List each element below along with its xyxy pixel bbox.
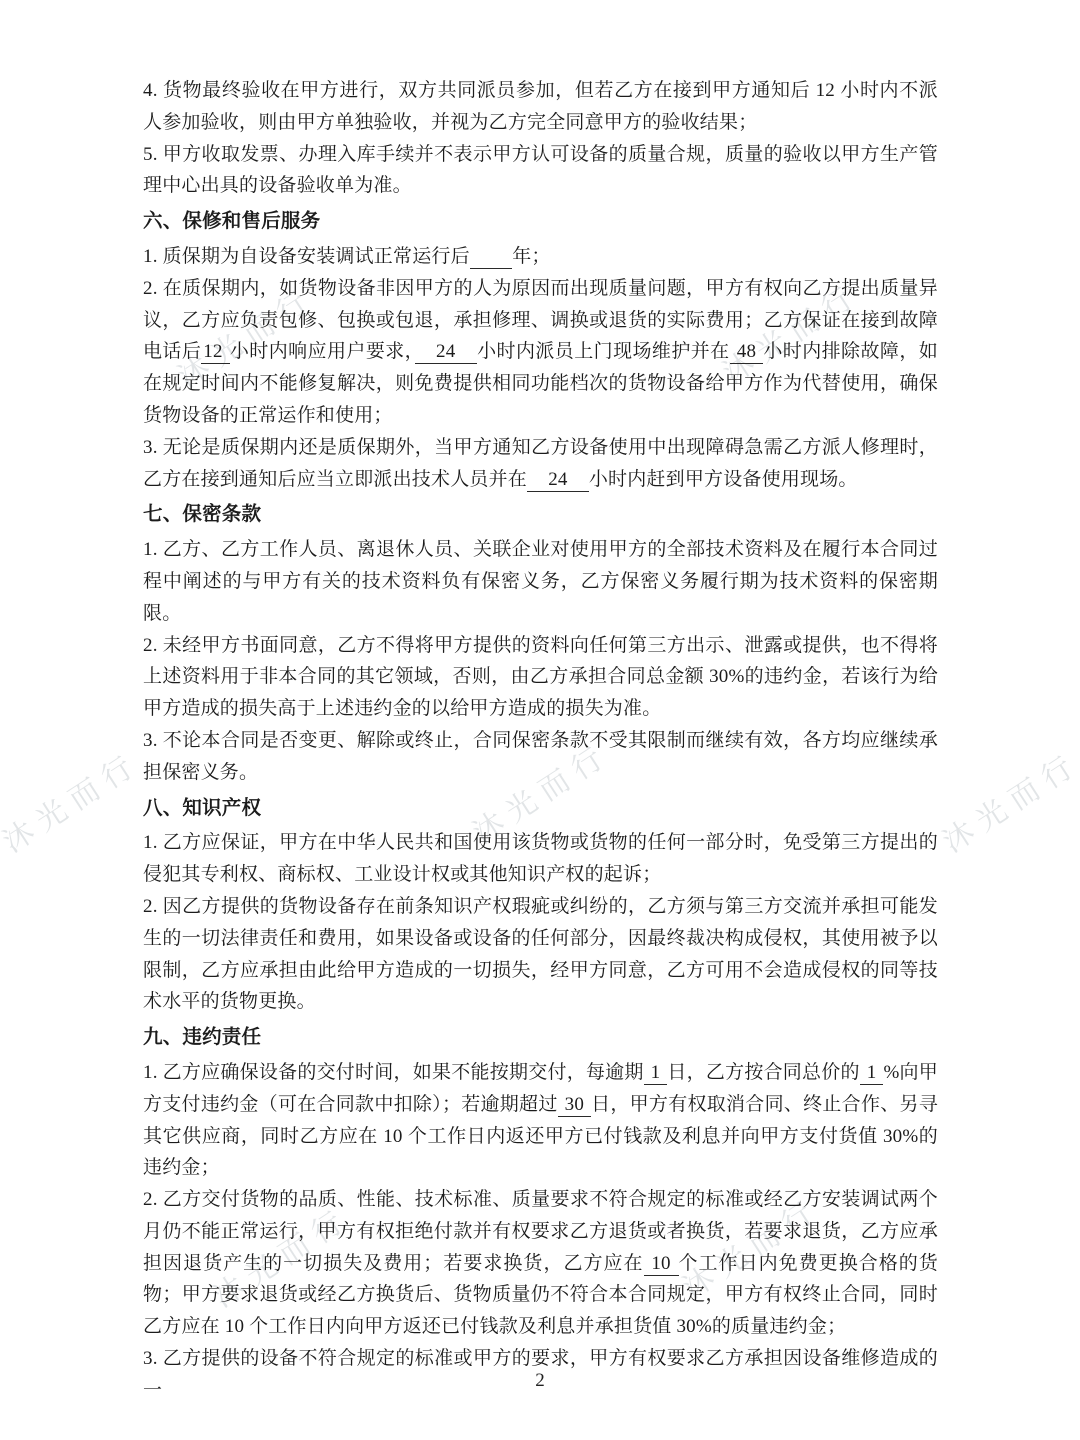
fill-in-blank: 30 xyxy=(558,1094,591,1117)
contract-clause: 3. 不论本合同是否变更、解除或终止，合同保密条款不受其限制而继续有效，各方均应… xyxy=(143,725,938,789)
contract-clause: 2. 因乙方提供的货物设备存在前条知识产权瑕疵或纠纷的，乙方须与第三方交流并承担… xyxy=(143,891,938,1018)
clause-text: 3. 不论本合同是否变更、解除或终止，合同保密条款不受其限制而继续有效，各方均应… xyxy=(143,730,938,783)
clause-text: 1. 质保期为自设备安装调试正常运行后 xyxy=(143,246,470,267)
clause-text: 日，乙方按合同总价的 xyxy=(667,1062,859,1083)
document-body: 4. 货物最终验收在甲方进行，双方共同派员参加，但若乙方在接到甲方通知后 12 … xyxy=(143,75,938,1407)
clause-text: 2. 因乙方提供的货物设备存在前条知识产权瑕疵或纠纷的，乙方须与第三方交流并承担… xyxy=(143,896,938,1012)
clause-text: 2. 未经甲方书面同意，乙方不得将甲方提供的资料向任何第三方出示、泄露或提供，也… xyxy=(143,635,938,720)
fill-in-blank: 10 xyxy=(644,1253,679,1276)
contract-clause: 1. 乙方应确保设备的交付时间，如果不能按期交付，每逾期 1 日，乙方按合同总价… xyxy=(143,1057,938,1184)
clause-text: 年； xyxy=(512,246,550,267)
contract-clause: 4. 货物最终验收在甲方进行，双方共同派员参加，但若乙方在接到甲方通知后 12 … xyxy=(143,75,938,139)
fill-in-blank: 24 xyxy=(527,469,589,492)
contract-page: 沐光而行沐光而行沐光而行沐光而行沐光而行沐光而行沐光而行沐光而行 4. 货物最终… xyxy=(0,0,1080,1440)
clause-text: 小时内赶到甲方设备使用现场。 xyxy=(589,469,858,490)
contract-clause: 1. 乙方、乙方工作人员、离退休人员、关联企业对使用甲方的全部技术资料及在履行本… xyxy=(143,534,938,629)
section-heading: 九、违约责任 xyxy=(143,1022,938,1054)
clause-text: 小时内派员上门现场维护并在 xyxy=(477,341,730,362)
page-footer: 2 xyxy=(0,1368,1080,1394)
section-heading: 七、保密条款 xyxy=(143,499,938,531)
contract-clause: 3. 无论是质保期内还是质保期外，当甲方通知乙方设备使用中出现障碍急需乙方派人修… xyxy=(143,432,938,496)
fill-in-blank: 1 xyxy=(860,1062,884,1085)
fill-in-blank: 24 xyxy=(415,341,477,364)
fill-in-blank: 1 xyxy=(644,1062,668,1085)
section-heading: 六、保修和售后服务 xyxy=(143,206,938,238)
contract-clause: 1. 质保期为自设备安装调试正常运行后 年； xyxy=(143,241,938,273)
contract-clause: 2. 在质保期内，如货物设备非因甲方的人为原因而出现质量问题，甲方有权向乙方提出… xyxy=(143,273,938,432)
clause-text: 1. 乙方应保证，甲方在中华人民共和国使用该货物或货物的任何一部分时，免受第三方… xyxy=(143,832,938,885)
clause-text: 5. 甲方收取发票、办理入库手续并不表示甲方认可设备的质量合规，质量的验收以甲方… xyxy=(143,144,938,197)
watermark-text: 沐光而行 xyxy=(933,739,1080,861)
clause-text: 小时内响应用户要求， xyxy=(230,341,415,362)
fill-in-blank xyxy=(470,246,512,269)
contract-clause: 5. 甲方收取发票、办理入库手续并不表示甲方认可设备的质量合规，质量的验收以甲方… xyxy=(143,139,938,203)
fill-in-blank: 12 xyxy=(201,341,230,364)
contract-clause: 1. 乙方应保证，甲方在中华人民共和国使用该货物或货物的任何一部分时，免受第三方… xyxy=(143,827,938,891)
fill-in-blank: 48 xyxy=(730,341,764,364)
clause-text: 4. 货物最终验收在甲方进行，双方共同派员参加，但若乙方在接到甲方通知后 12 … xyxy=(143,80,938,133)
clause-text: 1. 乙方、乙方工作人员、离退休人员、关联企业对使用甲方的全部技术资料及在履行本… xyxy=(143,539,938,624)
watermark-text: 沐光而行 xyxy=(0,739,147,861)
contract-clause: 2. 乙方交付货物的品质、性能、技术标准、质量要求不符合规定的标准或经乙方安装调… xyxy=(143,1184,938,1343)
clause-text: 1. 乙方应确保设备的交付时间，如果不能按期交付，每逾期 xyxy=(143,1062,644,1083)
contract-clause: 2. 未经甲方书面同意，乙方不得将甲方提供的资料向任何第三方出示、泄露或提供，也… xyxy=(143,630,938,725)
section-heading: 八、知识产权 xyxy=(143,793,938,825)
page-number: 2 xyxy=(535,1370,545,1391)
